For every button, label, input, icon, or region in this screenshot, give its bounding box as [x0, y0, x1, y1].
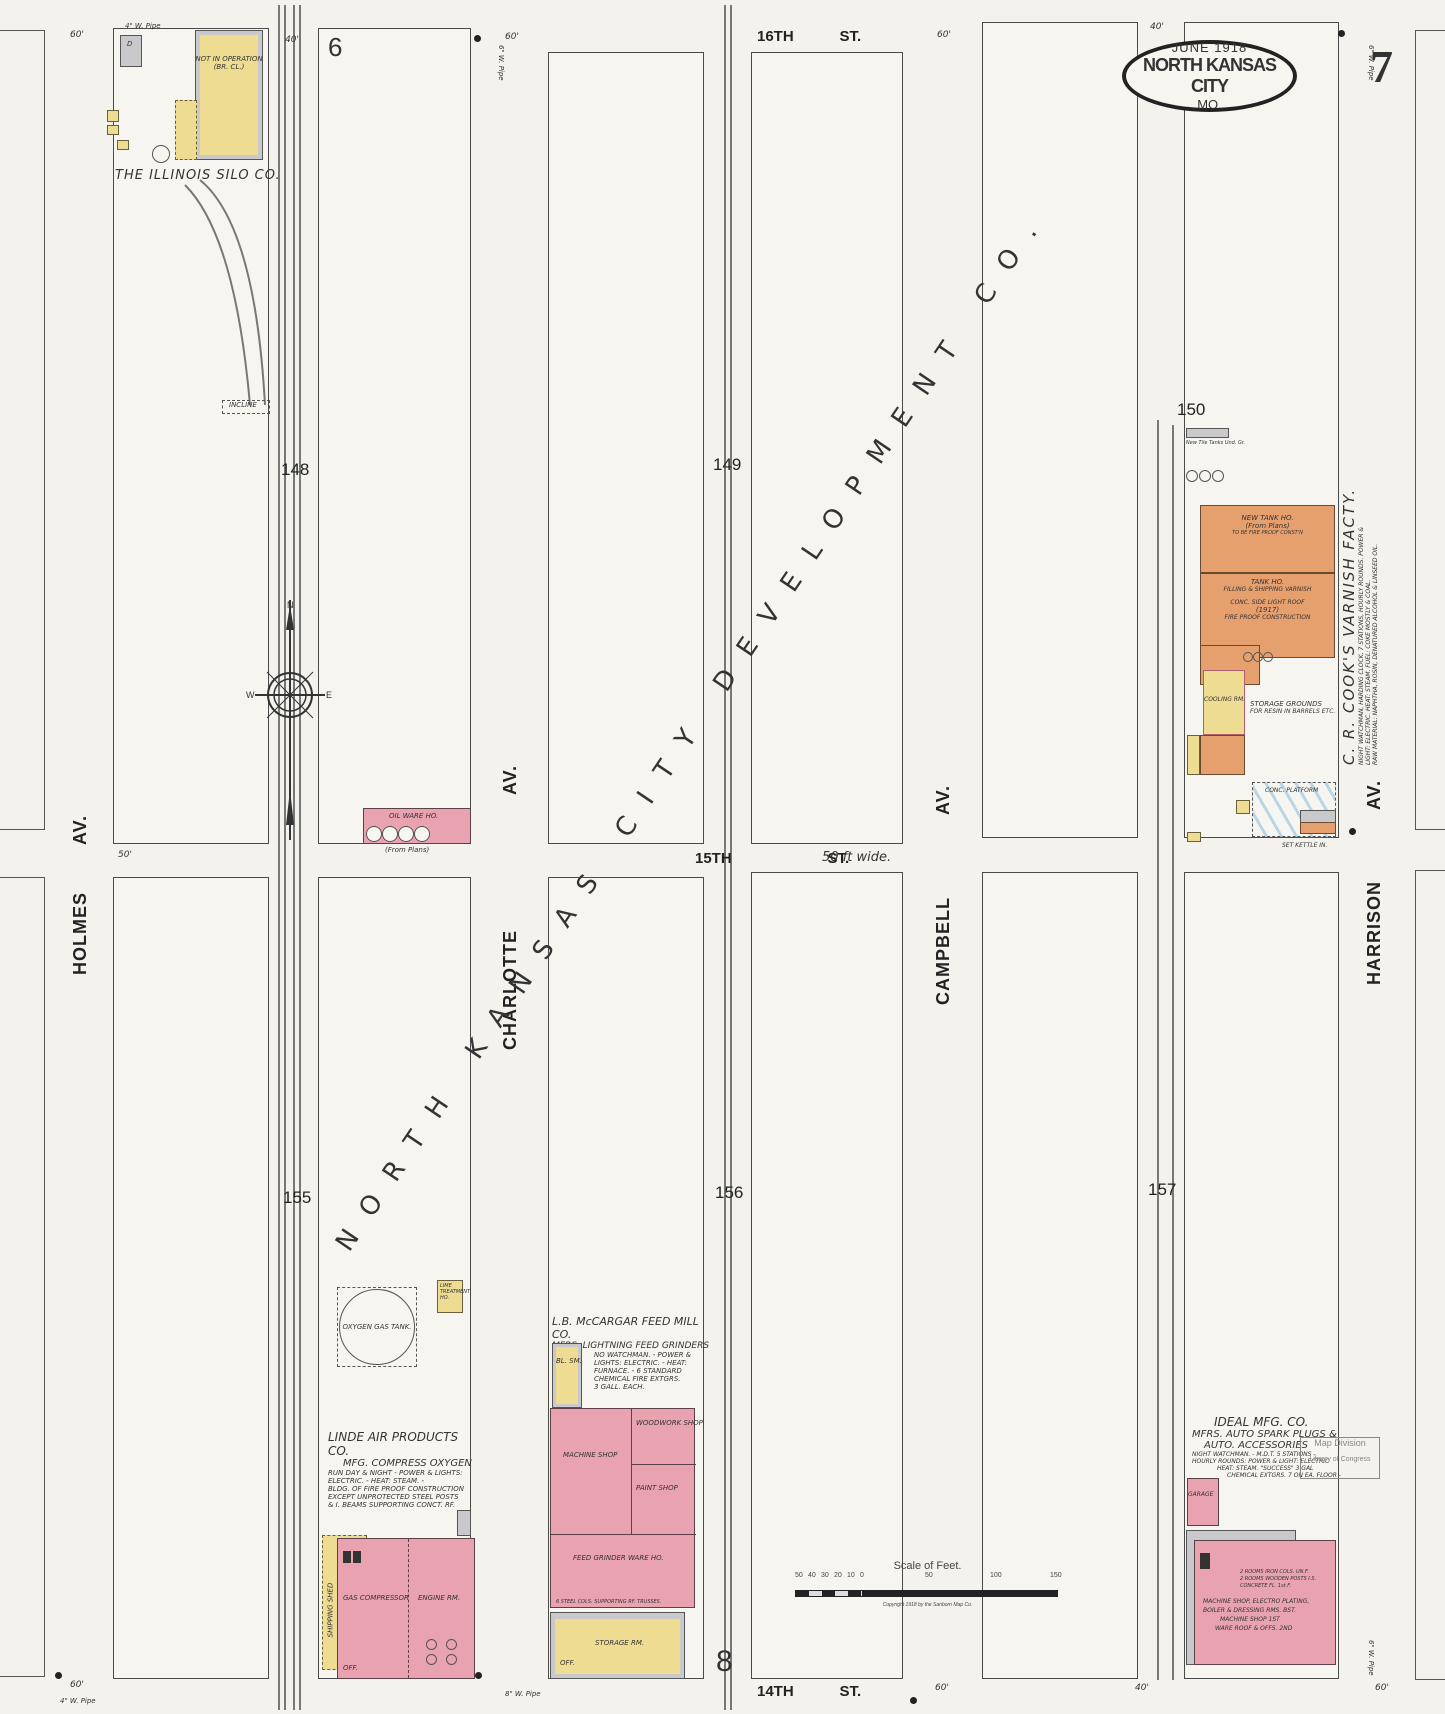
water-pipe-label: 6" W. Pipe — [1367, 45, 1375, 81]
block-157-west — [982, 872, 1138, 1679]
street-charlotte-av: AV. — [500, 765, 521, 795]
asphalt-tank — [1186, 470, 1198, 482]
rail-track — [1157, 420, 1159, 1680]
linde-main-building: GAS COMPRESSOR ENGINE RM. OFF. — [337, 1538, 475, 1679]
block-number-149: 149 — [713, 455, 741, 475]
street-14th: 14TH ST. — [757, 1683, 861, 1700]
cook-factory-name: C. R. COOK'S VARNISH FACTY. NIGHT WATCHM… — [1340, 488, 1379, 765]
left-sheet-edge-lower — [0, 877, 45, 1677]
hydrant-icon — [910, 1697, 917, 1704]
adjacent-sheet-left: 6 — [328, 32, 342, 63]
scale-ticks: 50 40 30 20 10 0 50 100 150 — [795, 1572, 1060, 1584]
oil-tank — [414, 826, 430, 842]
block-number-156: 156 — [715, 1183, 743, 1203]
rail-track — [293, 5, 295, 1710]
block-number-150: 150 — [1177, 400, 1205, 420]
fireproof-label: FIRE PROOF CONSTRUCTION — [1201, 614, 1334, 621]
title-city: NORTH KANSAS CITY — [1126, 55, 1293, 97]
street-holmes-av: AV. — [70, 815, 91, 845]
cook-note: RAW MATERIAL: NAPHTHA, ROSIN, DENATURED … — [1372, 488, 1379, 765]
storage-grounds: STORAGE GROUNDS FOR RESIN IN BARRELS ETC… — [1250, 700, 1335, 715]
street-width-label: 60' — [937, 30, 951, 40]
left-sheet-edge — [0, 30, 45, 830]
asphalt-tank — [1199, 470, 1211, 482]
silo-shed-2 — [107, 125, 119, 135]
new-tank-label: NEW TANK HO. — [1201, 506, 1334, 522]
water-pipe-label: 6" W. Pipe — [497, 45, 505, 81]
new-tank-sub: (From Plans) — [1201, 522, 1334, 530]
storage-room-label: STORAGE RM. — [595, 1639, 644, 1647]
street-15th-width: 50 ft wide. — [822, 850, 891, 865]
water-pipe-label: 4" W. Pipe — [60, 1697, 96, 1705]
engine-room-label: ENGINE RM. — [418, 1594, 460, 1602]
gas-compressor-label: GAS COMPRESSOR — [343, 1594, 409, 1602]
set-kettle-label: SET KETTLE IN. — [1282, 842, 1327, 849]
asphalt-tank — [1212, 470, 1224, 482]
street-15th-label: 15TH — [695, 850, 732, 867]
silo-shed-1 — [107, 110, 119, 122]
ideal-machine-label: MACHINE SHOP, ELECTRO PLATING, — [1203, 1598, 1309, 1605]
rosin-melting-section — [1200, 735, 1245, 775]
right-sheet-edge-lower — [1415, 870, 1445, 1680]
rail-track — [278, 5, 280, 1710]
tile-tanks-label: New Tile Tanks Und. Gr. — [1186, 440, 1245, 446]
storage-grounds-label: STORAGE GROUNDS — [1250, 700, 1335, 708]
hydrant-icon — [1349, 828, 1356, 835]
silo-annex — [175, 100, 197, 160]
street-width-label: 40' — [1150, 22, 1164, 32]
linde-product: MFG. COMPRESS OXYGEN — [328, 1458, 478, 1469]
ideal-name: IDEAL MFG. CO. — [1192, 1415, 1392, 1429]
copyright: Copyright 1918 by the Sanborn Map Co. — [795, 1602, 1060, 1608]
oil-ware-label: OIL WARE HO. — [364, 809, 470, 820]
compass-n-label: N — [287, 600, 294, 610]
street-16th-suffix: ST. — [840, 28, 862, 45]
linde-note: BLDG. OF FIRE PROOF CONSTRUCTION — [328, 1485, 478, 1493]
block-155-west — [113, 877, 269, 1679]
blacksmith-shop: BL. SM. — [552, 1343, 582, 1408]
conc-label: CONC. SIDE LIGHT ROOF — [1201, 593, 1334, 606]
oil-tank — [398, 826, 414, 842]
scale-title: Scale of Feet. — [795, 1560, 1060, 1572]
kettle-tank — [1253, 652, 1263, 662]
linde-small-shed — [457, 1510, 471, 1536]
oxygen-gas-tank: OXYGEN GAS TANK. — [339, 1289, 415, 1365]
rail-track — [1172, 425, 1174, 1680]
silo-curved-track — [175, 175, 275, 405]
compass-w-label: W — [246, 690, 255, 700]
tank-house-sub: FILLING & SHIPPING VARNISH — [1201, 586, 1334, 593]
ideal-boiler-label: BOILER & DRESSING RMS. BST. — [1203, 1607, 1296, 1614]
ideal-machine1-label: MACHINE SHOP 1ST — [1220, 1616, 1280, 1623]
cook-note: LIGHT: ELECTRIC. HEAT: STEAM. FUEL: COKE… — [1365, 488, 1372, 765]
street-campbell-av: AV. — [933, 785, 954, 815]
street-harrison: HARRISON — [1364, 881, 1385, 985]
linde-description: LINDE AIR PRODUCTS CO. MFG. COMPRESS OXY… — [328, 1430, 478, 1509]
cooling-room: COOLING RM. — [1203, 670, 1245, 735]
office-label: OFF. — [343, 1664, 358, 1672]
kettle-tank — [1263, 652, 1273, 662]
mccargar-note: FURNACE. - 6 STANDARD — [594, 1367, 712, 1375]
linde-note: RUN DAY & NIGHT - POWER & LIGHTS: — [328, 1469, 478, 1477]
rosin-store-room — [1187, 735, 1200, 775]
street-16th-label: 16TH — [757, 28, 794, 45]
street-width-label: 60' — [935, 1683, 949, 1693]
tank-house-label: TANK HO. — [1201, 574, 1334, 586]
mccargar-note: NO WATCHMAN. - POWER & — [594, 1351, 712, 1359]
linde-note: ELECTRIC. - HEAT: STEAM. - — [328, 1477, 478, 1485]
mccargar-note: LIGHTS: ELECTRIC. - HEAT: — [594, 1359, 712, 1367]
storage-grounds-sub: FOR RESIN IN BARRELS ETC. — [1250, 708, 1335, 715]
stamp-line2: Library of Congress — [1301, 1448, 1379, 1463]
kettle-row — [1300, 822, 1336, 834]
oil-tank — [382, 826, 398, 842]
machine-shop-label: MACHINE SHOP — [563, 1451, 617, 1459]
adjacent-sheet-bottom: 8 — [716, 1645, 733, 1679]
street-width-label: 60' — [70, 1680, 84, 1690]
street-width-label: 40' — [285, 35, 299, 45]
cook-corner-shed — [1187, 832, 1201, 842]
stamp-line1: Map Division — [1301, 1438, 1379, 1448]
hydrant-icon — [55, 1672, 62, 1679]
water-pipe-label: 6" W. Pipe — [1367, 1640, 1375, 1676]
oil-tank — [366, 826, 382, 842]
paint-shop-label: PAINT SHOP — [636, 1484, 678, 1492]
mccargar-note: CHEMICAL FIRE EXTGRS. — [594, 1375, 712, 1383]
mccargar-note: 3 GALL. EACH. — [594, 1383, 712, 1391]
water-pipe-label: 4" W. Pipe — [125, 22, 161, 30]
new-tank-note: TO BE FIRE PROOF CONST'N — [1201, 530, 1334, 536]
feed-grinder-label: FEED GRINDER WARE HO. — [573, 1554, 664, 1562]
street-holmes: HOLMES — [70, 892, 91, 975]
ideal-garage: GARAGE — [1187, 1478, 1219, 1526]
cook-small-shed — [1236, 800, 1250, 814]
right-sheet-edge — [1415, 30, 1445, 830]
block-156-east — [751, 872, 903, 1679]
mccargar-office-label: OFF. — [560, 1659, 575, 1667]
street-14th-suffix: ST. — [840, 1683, 862, 1700]
title-date: JUNE 1918 — [1172, 40, 1247, 55]
ideal-main-building: 2 ROOMS IRON COLS. UN.F. 2 ROOMS WOODEN … — [1194, 1540, 1336, 1665]
block-number-157: 157 — [1148, 1180, 1176, 1200]
year-label: (1917) — [1201, 606, 1334, 614]
hydrant-icon — [475, 1672, 482, 1679]
silo-main-label: NOT IN OPERATION — [200, 55, 258, 63]
street-16th: 16TH ST. — [757, 28, 861, 45]
block-number-148: 148 — [281, 460, 309, 480]
street-campbell: CAMPBELL — [933, 897, 954, 1005]
mccargar-main-building: MACHINE SHOP WOODWORK SHOP PAINT SHOP FE… — [550, 1408, 695, 1608]
street-width-label: 60' — [70, 30, 84, 40]
scale-bar: Scale of Feet. 50 40 30 20 10 0 50 100 1… — [795, 1560, 1060, 1608]
block-150-west — [982, 22, 1138, 838]
linde-name: LINDE AIR PRODUCTS CO. — [328, 1430, 478, 1458]
silo-building-main: NOT IN OPERATION (BR. CL.) — [195, 30, 263, 160]
linde-note: EXCEPT UNPROTECTED STEEL POSTS — [328, 1493, 478, 1501]
hydrant-icon — [474, 35, 481, 42]
block-148-east — [318, 28, 471, 844]
street-width-label: 40' — [1135, 1683, 1149, 1693]
block-number-155: 155 — [283, 1188, 311, 1208]
silo-main-sublabel: (BR. CL.) — [200, 63, 258, 71]
street-14th-label: 14TH — [757, 1683, 794, 1700]
woodwork-shop-label: WOODWORK SHOP — [636, 1419, 703, 1427]
street-width-label: 60' — [1375, 1683, 1389, 1693]
compass-rose-icon — [255, 600, 325, 840]
title-cartouche: JUNE 1918 NORTH KANSAS CITY MO. — [1122, 40, 1297, 112]
title-state: MO. — [1197, 97, 1222, 112]
incline: INCLINE — [222, 400, 270, 414]
water-pipe-label: 8" W. Pipe — [505, 1690, 541, 1698]
tile-tanks — [1186, 428, 1229, 438]
library-stamp: Map Division Library of Congress — [1300, 1437, 1380, 1479]
street-width-label: 50' — [118, 850, 132, 860]
rail-track — [299, 5, 301, 1710]
garage-label: GARAGE — [1188, 1479, 1218, 1498]
cook-note: NIGHT WATCHMAN, HARDING CLOCK, 7 STATION… — [1358, 488, 1365, 765]
cooling-room-label: COOLING RM. — [1204, 671, 1244, 703]
compass-e-label: E — [326, 690, 332, 700]
oil-tanks-note: (From Plans) — [385, 846, 429, 854]
ideal-ware-label: WARE ROOF & OFFS. 2ND — [1215, 1625, 1292, 1632]
hydrant-icon — [1338, 30, 1345, 37]
street-harrison-av: AV. — [1364, 780, 1385, 810]
mccargar-storage-room: STORAGE RM. OFF. — [550, 1612, 685, 1679]
silo-shed-3 — [117, 140, 129, 150]
street-width-label: 60' — [505, 32, 519, 42]
silo-building-small: D — [120, 35, 142, 67]
cook-name: C. R. COOK'S VARNISH FACTY. — [1340, 488, 1358, 765]
boiler-shed — [152, 145, 170, 163]
rail-track — [284, 5, 286, 1710]
mccargar-name: L.B. McCARGAR FEED MILL CO. — [552, 1315, 712, 1341]
linde-note: & I. BEAMS SUPPORTING CONCT. RF. — [328, 1501, 478, 1509]
new-tank-house: NEW TANK HO. (From Plans) TO BE FIRE PRO… — [1200, 505, 1335, 573]
lime-treatment-house: LIME TREATMENT HO. — [437, 1280, 463, 1313]
kettle-tank — [1243, 652, 1253, 662]
